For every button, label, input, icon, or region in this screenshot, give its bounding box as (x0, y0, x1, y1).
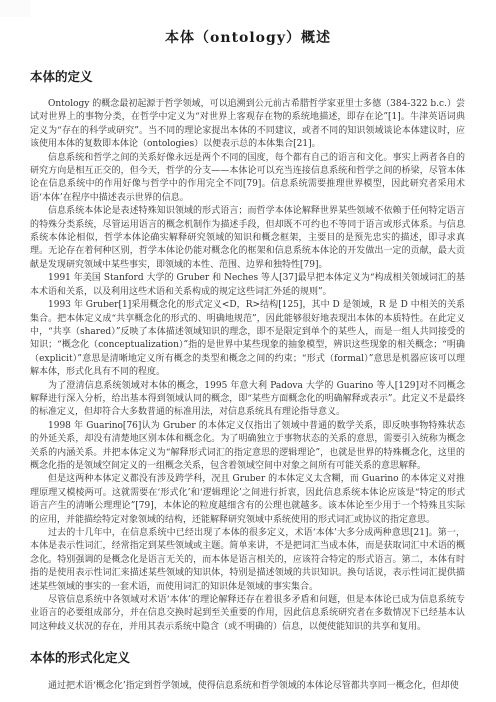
paragraph: 1991 年美国 Stanford 大学的 Gruber 和 Neches 等人… (30, 272, 465, 299)
paragraph: Ontology 的概念最初起源于哲学领域，可以追溯到公元前古希腊哲学家亚里士多… (30, 98, 465, 152)
section-heading-definition: 本体的定义 (30, 47, 465, 98)
section-heading-formal-definition: 本体的形式化定义 (30, 634, 465, 680)
document-page: 本体（ontology）概述 本体的定义 Ontology 的概念最初起源于哲学… (0, 0, 496, 702)
paragraph: 但是这两种本体定义都没有涉及跨学科，况且 Gruber 的本体定义太含糊，而 G… (30, 473, 465, 527)
paragraph: 过去的十几年中，在信息系统中已经出现了本体的很多定义，术语‘本体’大多分成两种意… (30, 527, 465, 594)
document-content: 本体的定义 Ontology 的概念最初起源于哲学领域，可以追溯到公元前古希腊哲… (0, 47, 496, 694)
paragraph: 信息系统和哲学之间的关系好像永远是两个不同的国度，每个都有自己的语言和文化。事实… (30, 152, 465, 206)
document-title: 本体（ontology）概述 (0, 0, 496, 47)
paragraph: 1993 年 Gruber[1]采用概念化的形式定义<D，R>结构[125]，其… (30, 299, 465, 379)
paragraph: 为了澄清信息系统领域对本体的概念，1995 年意大利 Padova 大学的 Gu… (30, 380, 465, 420)
paragraph: 信息系统本体论是表述特殊知识领域的形式语言；而哲学本体论解释世界某些领域不依赖于… (30, 205, 465, 272)
paragraph: 1998 年 Guarino[76]认为 Gruber 的本体定义仅指出了领域中… (30, 420, 465, 474)
scan-artifact (0, 0, 30, 17)
paragraph: 通过把术语‘概念化’指定到哲学领域，使得信息系统和哲学领域的本体论尽管都共享同一… (30, 680, 465, 693)
paragraph: 尽管信息系统中各领域对术语‘本体’的理论解释还存在着很多矛盾和问题，但是本体论已… (30, 594, 465, 634)
